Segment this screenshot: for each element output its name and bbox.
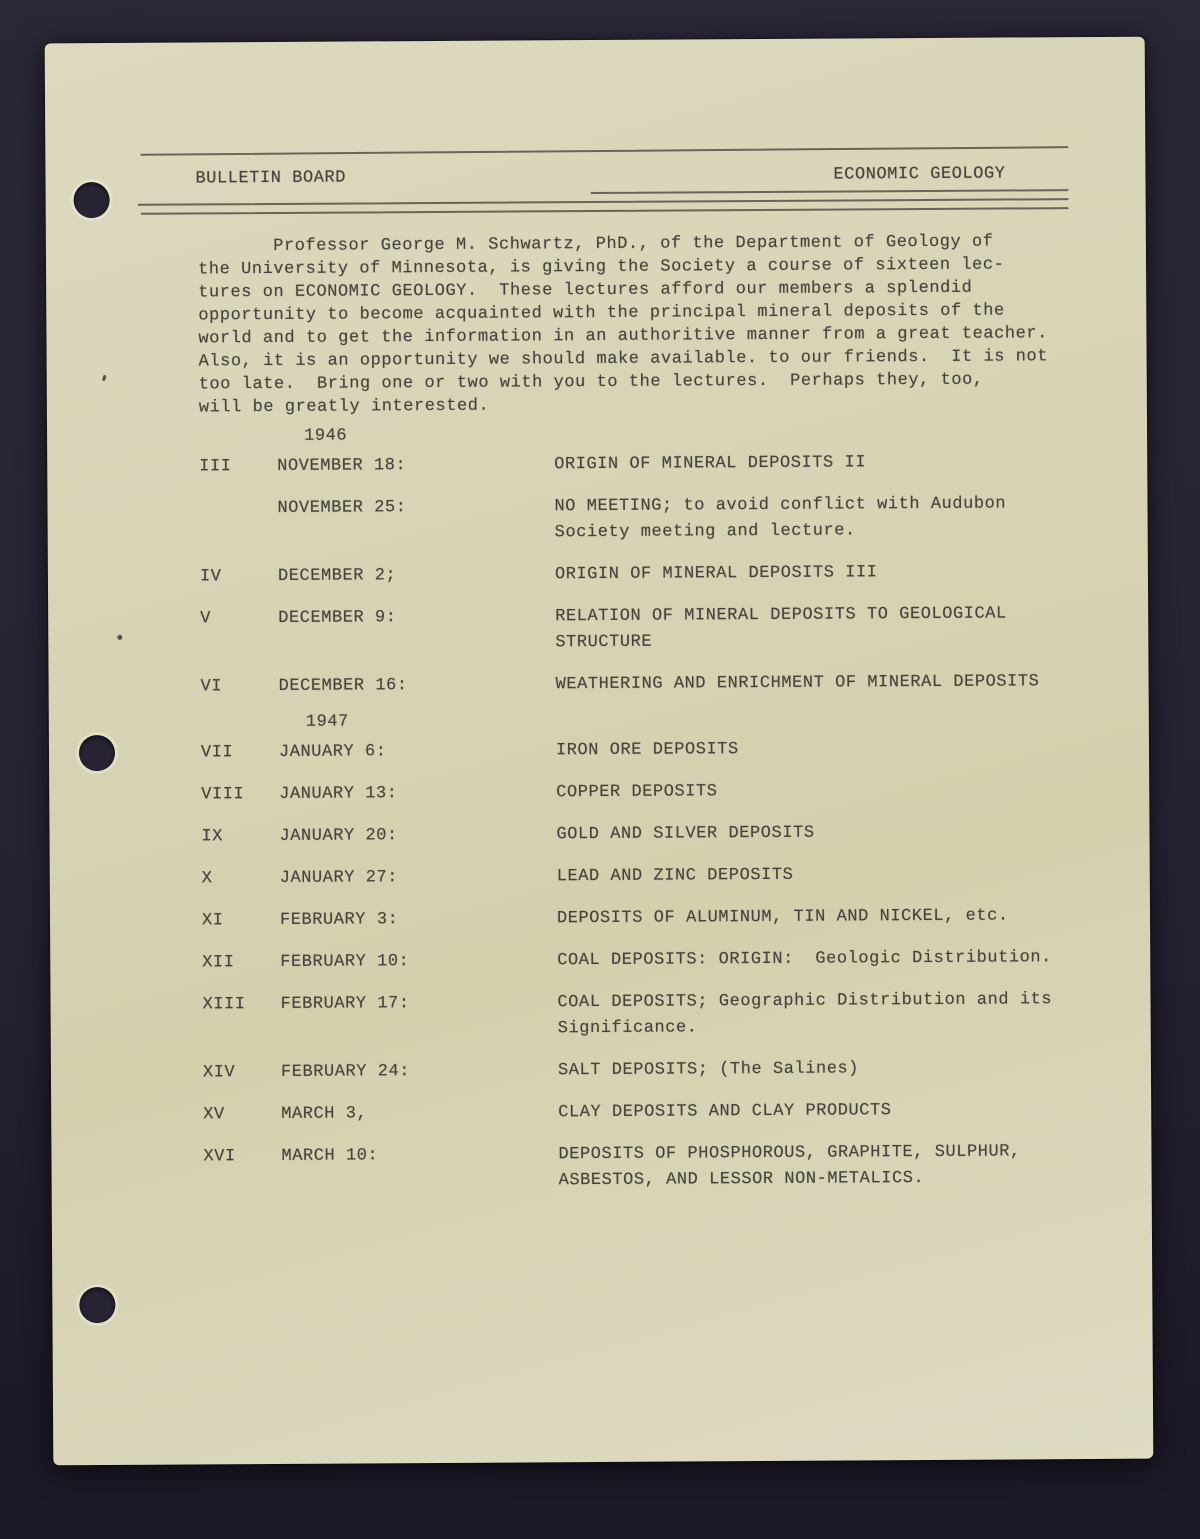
- header-rule-double-upper: [138, 198, 1069, 206]
- lecture-topic: DEPOSITS OF ALUMINUM, TIN AND NICKEL, et…: [557, 903, 1077, 932]
- lecture-numeral: XII: [202, 950, 280, 976]
- schedule-row: V DECEMBER 9: RELATION OF MINERAL DEPOSI…: [200, 601, 1080, 658]
- lecture-date: FEBRUARY 17:: [280, 990, 557, 1044]
- schedule-row: XIII FEBRUARY 17: COAL DEPOSITS; Geograp…: [202, 987, 1082, 1044]
- lecture-numeral: X: [202, 866, 280, 892]
- lecture-date: DECEMBER 16:: [279, 672, 556, 700]
- lecture-date: FEBRUARY 3:: [280, 906, 557, 934]
- lecture-date: DECEMBER 9:: [278, 604, 555, 658]
- lecture-date: DECEMBER 2;: [278, 562, 555, 590]
- lecture-date: NOVEMBER 25:: [277, 494, 554, 548]
- schedule-row: XV MARCH 3, CLAY DEPOSITS AND CLAY PRODU…: [203, 1097, 1083, 1128]
- lecture-topic: ORIGIN OF MINERAL DEPOSITS II: [554, 449, 1074, 478]
- lecture-numeral: XIII: [202, 992, 280, 1044]
- lecture-numeral: V: [200, 606, 278, 658]
- lecture-topic: WEATHERING AND ENRICHMENT OF MINERAL DEP…: [556, 669, 1076, 698]
- schedule-row: VIII JANUARY 13: COPPER DEPOSITS: [201, 777, 1081, 808]
- schedule-row: XII FEBRUARY 10: COAL DEPOSITS: ORIGIN: …: [202, 945, 1082, 976]
- lecture-numeral: XIV: [203, 1060, 281, 1086]
- lecture-numeral: [199, 496, 277, 548]
- lecture-topic: CLAY DEPOSITS AND CLAY PRODUCTS: [558, 1097, 1078, 1126]
- lecture-numeral: IV: [200, 564, 278, 590]
- desk-background: BULLETIN BOARD ECONOMIC GEOLOGY Professo…: [0, 0, 1200, 1539]
- lecture-date: JANUARY 20:: [279, 822, 556, 850]
- lecture-topic: NO MEETING; to avoid conflict with Audub…: [554, 491, 1074, 546]
- schedule-row: III NOVEMBER 18: ORIGIN OF MINERAL DEPOS…: [199, 449, 1079, 480]
- schedule-row: XVI MARCH 10: DEPOSITS OF PHOSPHOROUS, G…: [203, 1139, 1083, 1196]
- schedule-year-label: 1946: [304, 419, 1079, 450]
- lecture-date: JANUARY 6:: [279, 738, 556, 766]
- lecture-date: JANUARY 13:: [279, 780, 556, 808]
- schedule-year-label: 1947: [306, 705, 1081, 736]
- schedule-row: X JANUARY 27: LEAD AND ZINC DEPOSITS: [202, 861, 1082, 892]
- lecture-topic: ORIGIN OF MINERAL DEPOSITS III: [555, 559, 1075, 588]
- lecture-date: NOVEMBER 18:: [277, 452, 554, 480]
- lecture-numeral: VI: [201, 674, 279, 700]
- lecture-topic: IRON ORE DEPOSITS: [556, 735, 1076, 764]
- scan-speck: [102, 375, 107, 382]
- schedule-row: NOVEMBER 25: NO MEETING; to avoid confli…: [199, 491, 1079, 548]
- schedule-row: VII JANUARY 6: IRON ORE DEPOSITS: [201, 735, 1081, 766]
- lecture-date: MARCH 3,: [281, 1100, 558, 1128]
- punch-hole-middle: [79, 735, 115, 771]
- lecture-topic: COPPER DEPOSITS: [556, 777, 1076, 806]
- lecture-topic: GOLD AND SILVER DEPOSITS: [556, 819, 1076, 848]
- document-page: BULLETIN BOARD ECONOMIC GEOLOGY Professo…: [45, 37, 1154, 1466]
- schedule-row: XIV FEBRUARY 24: SALT DEPOSITS; (The Sal…: [203, 1055, 1083, 1086]
- header-rule-double-lower: [141, 207, 1069, 215]
- lecture-topic: COAL DEPOSITS: ORIGIN: Geologic Distribu…: [557, 945, 1077, 974]
- scan-speck: [117, 635, 122, 640]
- lecture-date: JANUARY 27:: [280, 864, 557, 892]
- lecture-date: MARCH 10:: [281, 1142, 558, 1196]
- header-title-left: BULLETIN BOARD: [195, 169, 346, 189]
- lecture-topic: COAL DEPOSITS; Geographic Distribution a…: [557, 987, 1077, 1042]
- page-header: BULLETIN BOARD ECONOMIC GEOLOGY: [195, 165, 1005, 189]
- lecture-topic: SALT DEPOSITS; (The Salines): [558, 1055, 1078, 1084]
- lecture-numeral: XV: [203, 1102, 281, 1128]
- header-rule-top: [140, 146, 1068, 156]
- lecture-date: FEBRUARY 24:: [281, 1058, 558, 1086]
- lecture-topic: LEAD AND ZINC DEPOSITS: [557, 861, 1077, 890]
- punch-hole-bottom: [79, 1287, 115, 1323]
- intro-paragraph: Professor George M. Schwartz, PhD., of t…: [198, 230, 1071, 419]
- lecture-numeral: XVI: [203, 1144, 281, 1196]
- lecture-topic: RELATION OF MINERAL DEPOSITS TO GEOLOGIC…: [555, 601, 1075, 656]
- schedule-row: XI FEBRUARY 3: DEPOSITS OF ALUMINUM, TIN…: [202, 903, 1082, 934]
- lecture-numeral: VII: [201, 740, 279, 766]
- lecture-topic: DEPOSITS OF PHOSPHOROUS, GRAPHITE, SULPH…: [558, 1139, 1078, 1194]
- schedule-row: IV DECEMBER 2; ORIGIN OF MINERAL DEPOSIT…: [200, 559, 1080, 590]
- lecture-schedule: 1946 III NOVEMBER 18: ORIGIN OF MINERAL …: [199, 425, 1084, 1212]
- lecture-numeral: IX: [201, 824, 279, 850]
- lecture-date: FEBRUARY 10:: [280, 948, 557, 976]
- header-rule-partial: [591, 189, 1069, 194]
- header-title-right: ECONOMIC GEOLOGY: [833, 165, 1005, 185]
- lecture-numeral: III: [199, 454, 277, 480]
- punch-hole-top: [74, 182, 110, 218]
- schedule-row: VI DECEMBER 16: WEATHERING AND ENRICHMEN…: [201, 669, 1081, 700]
- lecture-numeral: XI: [202, 908, 280, 934]
- lecture-numeral: VIII: [201, 782, 279, 808]
- schedule-row: IX JANUARY 20: GOLD AND SILVER DEPOSITS: [201, 819, 1081, 850]
